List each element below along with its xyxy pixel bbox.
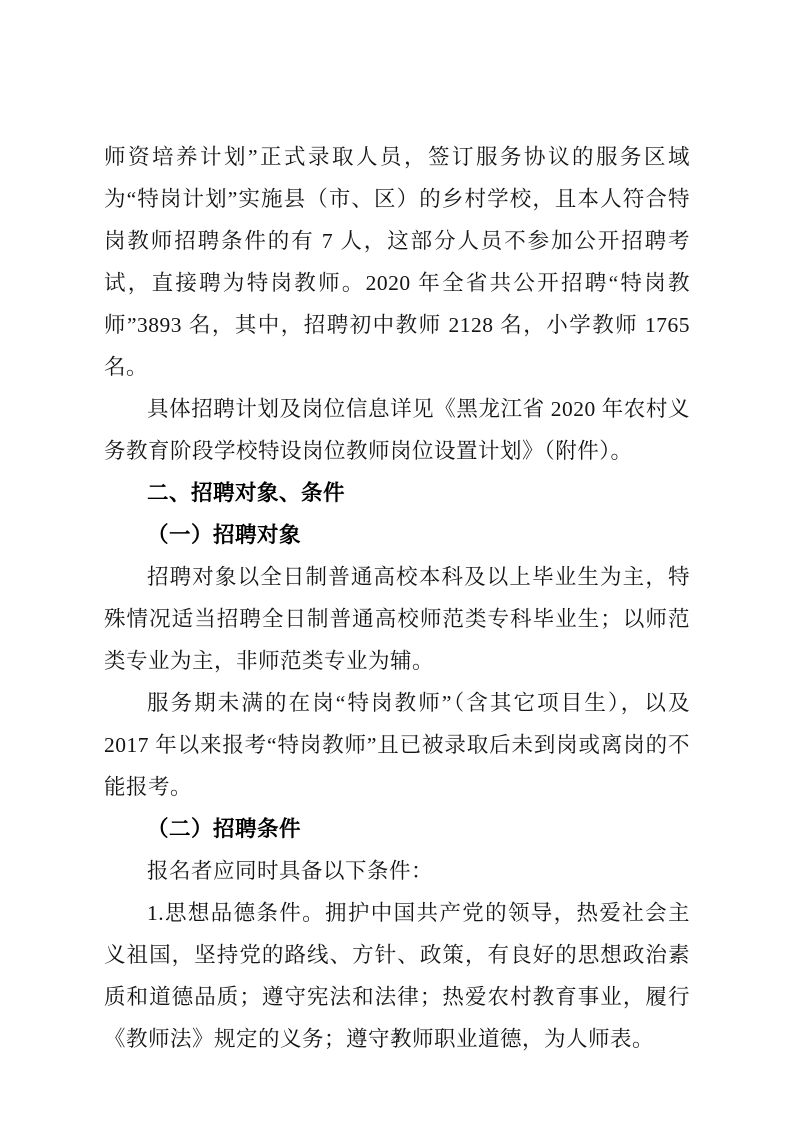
section-heading-recruitment-targets-conditions: 二、招聘对象、条件	[104, 472, 690, 514]
document-page: 师资培养计划”正式录取人员，签订服务协议的服务区域为“特岗计划”实施县（市、区）…	[0, 0, 793, 1122]
document-body: 师资培养计划”正式录取人员，签订服务协议的服务区域为“特岗计划”实施县（市、区）…	[104, 136, 690, 1060]
subsection-heading-recruitment-targets: （一）招聘对象	[104, 514, 690, 556]
paragraph-recruitment-overview: 师资培养计划”正式录取人员，签订服务协议的服务区域为“特岗计划”实施县（市、区）…	[104, 136, 690, 388]
paragraph-conditions-intro: 报名者应同时具备以下条件：	[104, 850, 690, 892]
paragraph-ineligible-applicants: 服务期未满的在岗“特岗教师”（含其它项目生），以及 2017 年以来报考“特岗教…	[104, 682, 690, 808]
paragraph-plan-reference: 具体招聘计划及岗位信息详见《黑龙江省 2020 年农村义务教育阶段学校特设岗位教…	[104, 388, 690, 472]
subsection-heading-recruitment-conditions: （二）招聘条件	[104, 808, 690, 850]
page-number: 3	[0, 1029, 793, 1049]
paragraph-target-description: 招聘对象以全日制普通高校本科及以上毕业生为主，特殊情况适当招聘全日制普通高校师范…	[104, 556, 690, 682]
